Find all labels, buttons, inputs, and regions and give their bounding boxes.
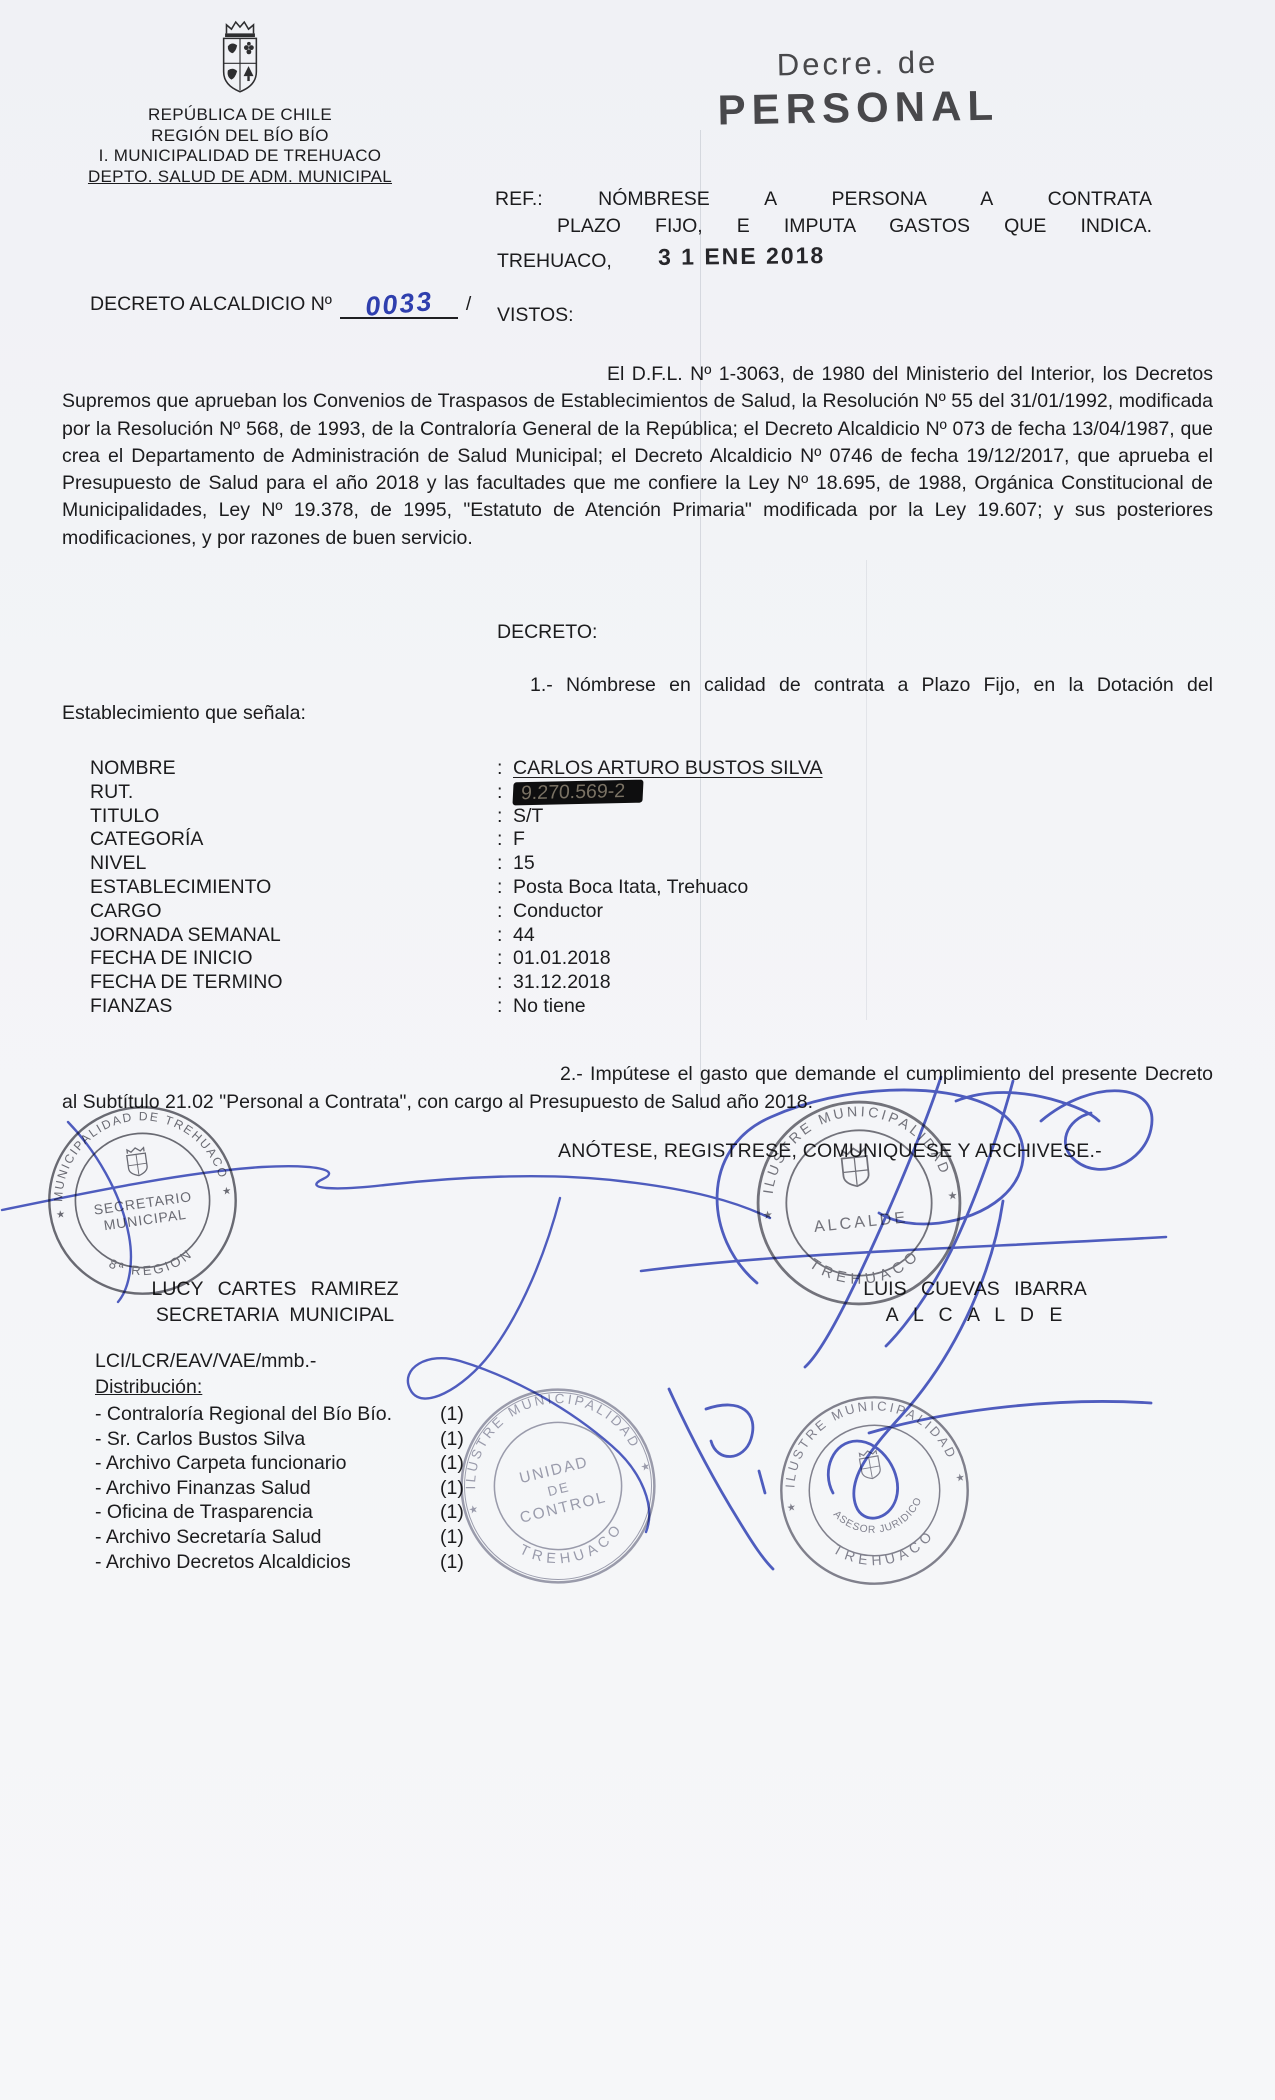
field-value: Posta Boca Itata, Trehuaco: [513, 876, 1200, 900]
personal-decree-stamp: Decre. de PERSONAL: [687, 43, 1028, 135]
org-header: REPÚBLICA DE CHILE REGIÓN DEL BÍO BÍO I.…: [70, 16, 410, 187]
star-icon: ★: [762, 1209, 773, 1222]
field-value: 44: [513, 924, 1200, 948]
reference-block: REF.: NÓMBRESE A PERSONA A CONTRATA PLAZ…: [495, 186, 1152, 239]
field-row-termino: FECHA DE TERMINO:31.12.2018: [90, 971, 1200, 995]
field-label: ESTABLECIMIENTO: [90, 876, 497, 900]
date-stamp: 3 1 ENE 2018: [658, 242, 825, 271]
distribution-item: - Archivo Decretos Alcaldicios(1): [95, 1550, 464, 1575]
juridico-stamp-center: ASESOR JURIDICO: [830, 1494, 929, 1543]
svg-text:ILUSTRE MUNICIPALIDAD: ILUSTRE MUNICIPALIDAD: [751, 1093, 954, 1196]
field-label: NIVEL: [90, 852, 497, 876]
field-row-nivel: NIVEL:15: [90, 852, 1200, 876]
field-label: FIANZAS: [90, 995, 497, 1019]
drafting-initials: LCI/LCR/EAV/VAE/mmb.-: [95, 1350, 316, 1373]
distribution-copies: (1): [440, 1550, 464, 1575]
asesor-juridico-round-stamp: ILUSTRE MUNICIPALIDAD TREHUACO ASESOR JU…: [756, 1372, 993, 1609]
decree-number-label: DECRETO ALCALDICIO Nº: [90, 293, 332, 315]
secretary-stamp-arc-top: MUNICIPALIDAD DE TREHUACO: [40, 1098, 231, 1205]
alcalde-stamp-arc-top: ILUSTRE MUNICIPALIDAD: [751, 1093, 954, 1196]
decree-number-line: DECRETO ALCALDICIO Nº0033/: [90, 286, 471, 319]
distribution-name: - Oficina de Trasparencia: [95, 1500, 440, 1525]
star-icon: ★: [947, 1190, 958, 1203]
field-value: F: [513, 828, 1200, 852]
field-value: 31.12.2018: [513, 971, 1200, 995]
scanned-decree-document: REPÚBLICA DE CHILE REGIÓN DEL BÍO BÍO I.…: [0, 0, 1275, 2100]
field-colon: :: [497, 852, 513, 876]
decree-number-underline: 0033: [340, 286, 458, 319]
field-value: 15: [513, 852, 1200, 876]
svg-text:ASESOR JURIDICO: ASESOR JURIDICO: [830, 1494, 929, 1543]
org-line-region: REGIÓN DEL BÍO BÍO: [70, 126, 410, 147]
field-row-establecimiento: ESTABLECIMIENTO:Posta Boca Itata, Trehua…: [90, 876, 1200, 900]
stamp-shield-icon: [126, 1147, 148, 1177]
distribution-list: - Contraloría Regional del Bío Bío.(1) -…: [95, 1402, 464, 1574]
vistos-body: El D.F.L. Nº 1-3063, de 1980 del Ministe…: [62, 361, 1213, 552]
field-colon: :: [497, 828, 513, 852]
field-value: S/T: [513, 805, 1200, 829]
field-colon: :: [497, 781, 513, 805]
field-colon: :: [497, 876, 513, 900]
field-value: No tiene: [513, 995, 1200, 1019]
alcalde-stamp-arc-bottom: TREHUACO: [805, 1244, 927, 1294]
vistos-heading: VISTOS:: [497, 304, 574, 327]
field-row-fianzas: FIANZAS:No tiene: [90, 995, 1200, 1019]
distribution-name: - Archivo Secretaría Salud: [95, 1525, 440, 1550]
distribution-name: - Contraloría Regional del Bío Bío.: [95, 1402, 440, 1427]
stamp-shield-icon: [858, 1449, 881, 1480]
field-value-nombre: CARLOS ARTURO BUSTOS SILVA: [513, 757, 1200, 781]
decreto-heading: DECRETO:: [497, 621, 597, 644]
star-icon: ★: [222, 1186, 233, 1198]
svg-text:8ª REGION: 8ª REGION: [105, 1244, 198, 1283]
personal-decree-stamp-line2: PERSONAL: [688, 81, 1029, 135]
decree-number-handwritten: 0033: [364, 286, 435, 323]
field-colon: :: [497, 805, 513, 829]
secretaria-title: SECRETARIA MUNICIPAL: [100, 1302, 450, 1328]
personal-decree-stamp-line1: Decre. de: [687, 43, 1028, 85]
reference-line1: REF.: NÓMBRESE A PERSONA A CONTRATA: [495, 186, 1152, 213]
distribution-item: - Archivo Secretaría Salud(1): [95, 1525, 464, 1550]
distribution-item: - Archivo Carpeta funcionario(1): [95, 1451, 464, 1476]
distribution-name: - Archivo Carpeta funcionario: [95, 1451, 440, 1476]
stamp-shield-icon: [841, 1147, 870, 1187]
field-label: CATEGORÍA: [90, 828, 497, 852]
field-label: FECHA DE TERMINO: [90, 971, 497, 995]
decreto-item-1: 1.- Nómbrese en calidad de contrata a Pl…: [62, 671, 1213, 727]
distribution-name: - Archivo Decretos Alcaldicios: [95, 1550, 440, 1575]
field-colon: :: [497, 924, 513, 948]
field-label: FECHA DE INICIO: [90, 947, 497, 971]
star-icon: ★: [467, 1503, 479, 1517]
field-row-titulo: TITULO:S/T: [90, 805, 1200, 829]
field-value: Conductor: [513, 900, 1200, 924]
control-stamp-center2: DE: [546, 1479, 572, 1499]
distribution-name: - Archivo Finanzas Salud: [95, 1476, 440, 1501]
star-icon: ★: [55, 1209, 66, 1221]
distribution-item: - Archivo Finanzas Salud(1): [95, 1476, 464, 1501]
alcalde-stamp-center: ALCALDE: [813, 1208, 909, 1236]
secretary-round-stamp: MUNICIPALIDAD DE TREHUACO 8ª REGION SECR…: [27, 1085, 259, 1317]
decreto-item-2: 2.- Impútese el gasto que demande el cum…: [62, 1060, 1213, 1116]
star-icon: ★: [640, 1460, 652, 1474]
field-label: JORNADA SEMANAL: [90, 924, 497, 948]
unidad-control-round-stamp: ILUSTRE MUNICIPALIDAD TREHUACO UNIDAD DE…: [430, 1358, 687, 1615]
dateline-place: TREHUACO,: [497, 250, 612, 273]
field-row-nombre: NOMBRE:CARLOS ARTURO BUSTOS SILVA: [90, 757, 1200, 781]
field-colon: :: [497, 757, 513, 781]
field-row-jornada: JORNADA SEMANAL:44: [90, 924, 1200, 948]
field-label: NOMBRE: [90, 757, 497, 781]
rut-value: 9.270.569-2: [520, 780, 625, 804]
distribution-item: - Oficina de Trasparencia(1): [95, 1500, 464, 1525]
distribution-heading: Distribución:: [95, 1376, 202, 1399]
distribution-item: - Contraloría Regional del Bío Bío.(1): [95, 1402, 464, 1427]
reference-line2: PLAZO FIJO, E IMPUTA GASTOS QUE INDICA.: [557, 213, 1152, 240]
field-row-rut: RUT.:9.270.569-2: [90, 781, 1200, 805]
org-line-municipality: I. MUNICIPALIDAD DE TREHUACO: [70, 146, 410, 167]
field-value: 01.01.2018: [513, 947, 1200, 971]
distribution-item: - Sr. Carlos Bustos Silva(1): [95, 1427, 464, 1452]
star-icon: ★: [955, 1472, 966, 1484]
field-colon: :: [497, 971, 513, 995]
secretary-stamp-arc-bottom: 8ª REGION: [105, 1244, 198, 1283]
svg-text:MUNICIPALIDAD DE TREHUACO: MUNICIPALIDAD DE TREHUACO: [40, 1098, 231, 1205]
field-colon: :: [497, 995, 513, 1019]
org-line-country: REPÚBLICA DE CHILE: [70, 105, 410, 126]
field-label: RUT.: [90, 781, 497, 805]
appointment-fields: NOMBRE:CARLOS ARTURO BUSTOS SILVA RUT.:9…: [90, 757, 1200, 1019]
field-colon: :: [497, 947, 513, 971]
field-colon: :: [497, 900, 513, 924]
distribution-name: - Sr. Carlos Bustos Silva: [95, 1427, 440, 1452]
field-label: TITULO: [90, 805, 497, 829]
decree-number-slash: /: [466, 293, 471, 315]
star-icon: ★: [786, 1502, 797, 1514]
redacted-rut: 9.270.569-2: [512, 779, 643, 805]
field-row-categoria: CATEGORÍA:F: [90, 828, 1200, 852]
field-label: CARGO: [90, 900, 497, 924]
svg-text:TREHUACO: TREHUACO: [805, 1244, 927, 1294]
field-row-cargo: CARGO:Conductor: [90, 900, 1200, 924]
org-line-department: DEPTO. SALUD DE ADM. MUNICIPAL: [70, 167, 410, 188]
field-row-inicio: FECHA DE INICIO:01.01.2018: [90, 947, 1200, 971]
coat-of-arms-icon: [208, 16, 272, 102]
alcalde-round-stamp: ILUSTRE MUNICIPALIDAD TREHUACO ALCALDE ★…: [737, 1081, 981, 1325]
